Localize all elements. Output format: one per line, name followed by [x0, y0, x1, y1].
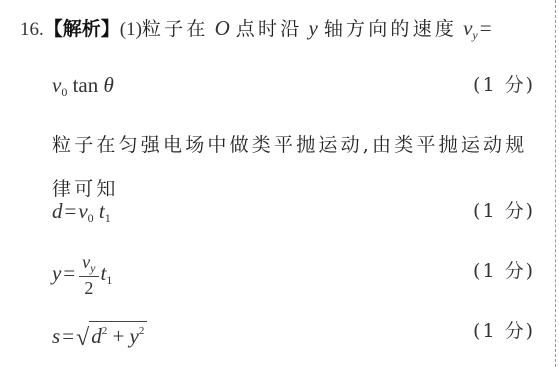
variable-vy: vy [463, 16, 478, 40]
radicand: d2 + y2 [89, 321, 147, 348]
formula-line-vy: v0 tan θ (1 分) [52, 70, 559, 100]
paragraph-line: 粒子在匀强电场中做类平抛运动,由类平抛运动规 [52, 130, 559, 160]
subscript: y [90, 261, 95, 275]
var-y: y [52, 261, 61, 285]
score-label: (1 分) [473, 70, 535, 100]
equals-sign: = [63, 261, 75, 285]
subscript: 1 [105, 211, 111, 225]
formula-v0-tan-theta: v0 tan θ [52, 73, 114, 97]
fraction: vy2 [79, 253, 98, 297]
text-segment: 点时沿 [236, 18, 303, 40]
formula-s: s=√d2 + y2 [52, 324, 147, 348]
var-v: v [82, 252, 90, 272]
subscript: y [472, 28, 477, 42]
subscript: 0 [61, 85, 67, 99]
superscript: 2 [139, 325, 145, 337]
solution-header-line: 16.【解析】(1)粒子在 O 点时沿 y 轴方向的速度 vy= [20, 13, 559, 43]
question-number: 16. [20, 19, 44, 40]
var-v: v [78, 199, 87, 223]
var-v: v [463, 16, 472, 40]
numerator: vy [79, 253, 98, 277]
equals-sign: = [62, 324, 74, 348]
equation-s: s=√d2 + y2 (1 分) [52, 316, 559, 346]
equation-d: d=v0 t1 (1 分) [52, 196, 559, 226]
equals-sign: = [65, 199, 77, 223]
var-s: s [52, 324, 60, 348]
part-label: (1) [120, 19, 142, 40]
variable-y: y [308, 16, 317, 40]
tan-function: tan [73, 73, 99, 97]
square-root: √d2 + y2 [76, 316, 147, 353]
subscript: 1 [106, 273, 112, 287]
score-label: (1 分) [473, 196, 535, 226]
var-d: d [52, 199, 63, 223]
formula-y: y=vy2t1 [52, 261, 112, 285]
formula-d: d=v0 t1 [52, 199, 111, 223]
text-segment: 粒子在 [142, 18, 209, 40]
variable-O: O [215, 16, 230, 40]
radical-icon: √ [76, 325, 89, 351]
var-d: d [91, 324, 102, 348]
var-y: y [130, 324, 139, 348]
var-theta: θ [103, 73, 113, 97]
denominator: 2 [79, 277, 98, 297]
section-label: 【解析】 [44, 18, 120, 40]
plus-sign: + [112, 324, 124, 348]
score-label: (1 分) [473, 316, 535, 346]
superscript: 2 [102, 325, 108, 337]
equals-sign: = [480, 16, 492, 40]
equation-y: y=vy2t1 (1 分) [52, 253, 559, 289]
var-v: v [52, 73, 61, 97]
text-segment: 轴方向的速度 [324, 18, 457, 40]
score-label: (1 分) [473, 253, 535, 289]
subscript: 0 [88, 211, 94, 225]
